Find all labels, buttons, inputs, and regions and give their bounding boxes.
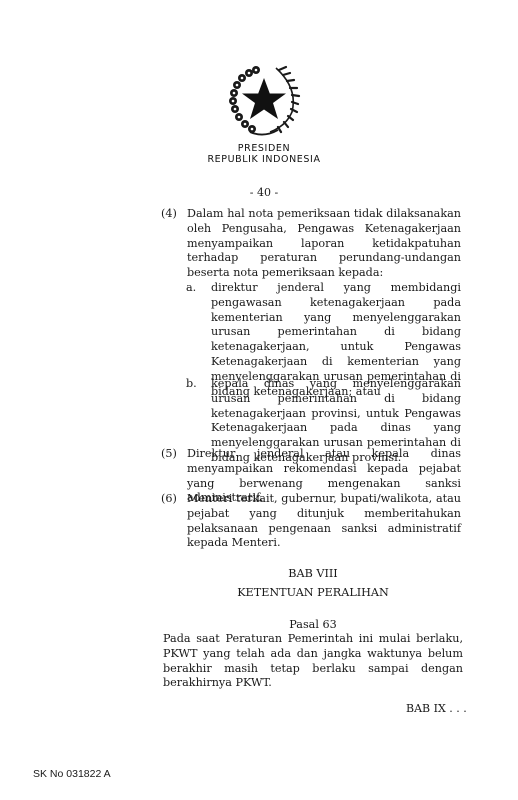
article-text: Pada saat Peraturan Pemerintah ini mulai… xyxy=(163,632,463,691)
clause-label: (6) xyxy=(161,492,177,507)
clause-text: Dalam hal nota pemeriksaan tidak dilaksa… xyxy=(187,207,461,281)
clause-4: (4) Dalam hal nota pemeriksaan tidak dil… xyxy=(161,207,463,281)
subitem-label: b. xyxy=(186,377,197,392)
header-president: PRESIDEN xyxy=(0,143,518,154)
page-number: - 40 - xyxy=(0,186,518,199)
serial-number: SK No 031822 A xyxy=(33,768,111,780)
clause-6: (6) Menteri terkait, gubernur, bupati/wa… xyxy=(161,492,463,551)
clause-label: (4) xyxy=(161,207,177,222)
clause-text: Menteri terkait, gubernur, bupati/waliko… xyxy=(187,492,461,551)
header-republic: REPUBLIK INDONESIA xyxy=(0,154,518,165)
presidential-emblem-icon xyxy=(226,60,302,138)
chapter-title: BAB VIII xyxy=(163,567,463,580)
chapter-subtitle: KETENTUAN PERALIHAN xyxy=(163,586,463,599)
article-title: Pasal 63 xyxy=(163,618,463,631)
subitem-label: a. xyxy=(186,281,196,296)
clause-label: (5) xyxy=(161,447,177,462)
continuation-marker: BAB IX . . . xyxy=(406,702,467,715)
